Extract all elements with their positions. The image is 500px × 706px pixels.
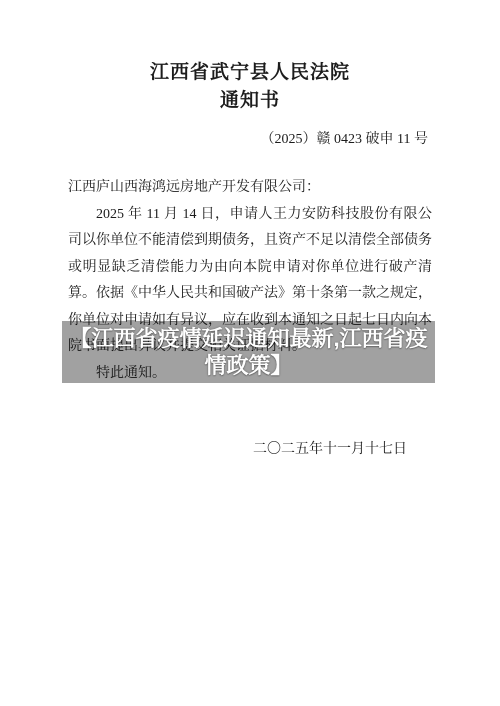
document-body: 江西庐山西海鸿远房地产开发有限公司： 2025 年 11 月 14 日，申请人王… [68, 175, 432, 464]
watermark-text-line2: 情政策】 [204, 352, 292, 379]
watermark-overlay-banner: 【江西省疫情延迟通知最新,江西省疫 情政策】 [62, 321, 435, 383]
watermark-text-line1: 【江西省疫情延迟通知最新,江西省疫 [69, 325, 427, 352]
addressee-salutation: 江西庐山西海鸿远房地产开发有限公司： [68, 175, 432, 202]
signature-date: 二〇二五年十一月十七日 [68, 437, 432, 464]
notice-document-page: 江西省武宁县人民法院 通知书 （2025）赣 0423 破申 11 号 江西庐山… [0, 0, 500, 706]
court-name-title: 江西省武宁县人民法院 [0, 0, 500, 87]
case-number: （2025）赣 0423 破申 11 号 [68, 131, 432, 149]
document-type-title: 通知书 [0, 87, 500, 115]
